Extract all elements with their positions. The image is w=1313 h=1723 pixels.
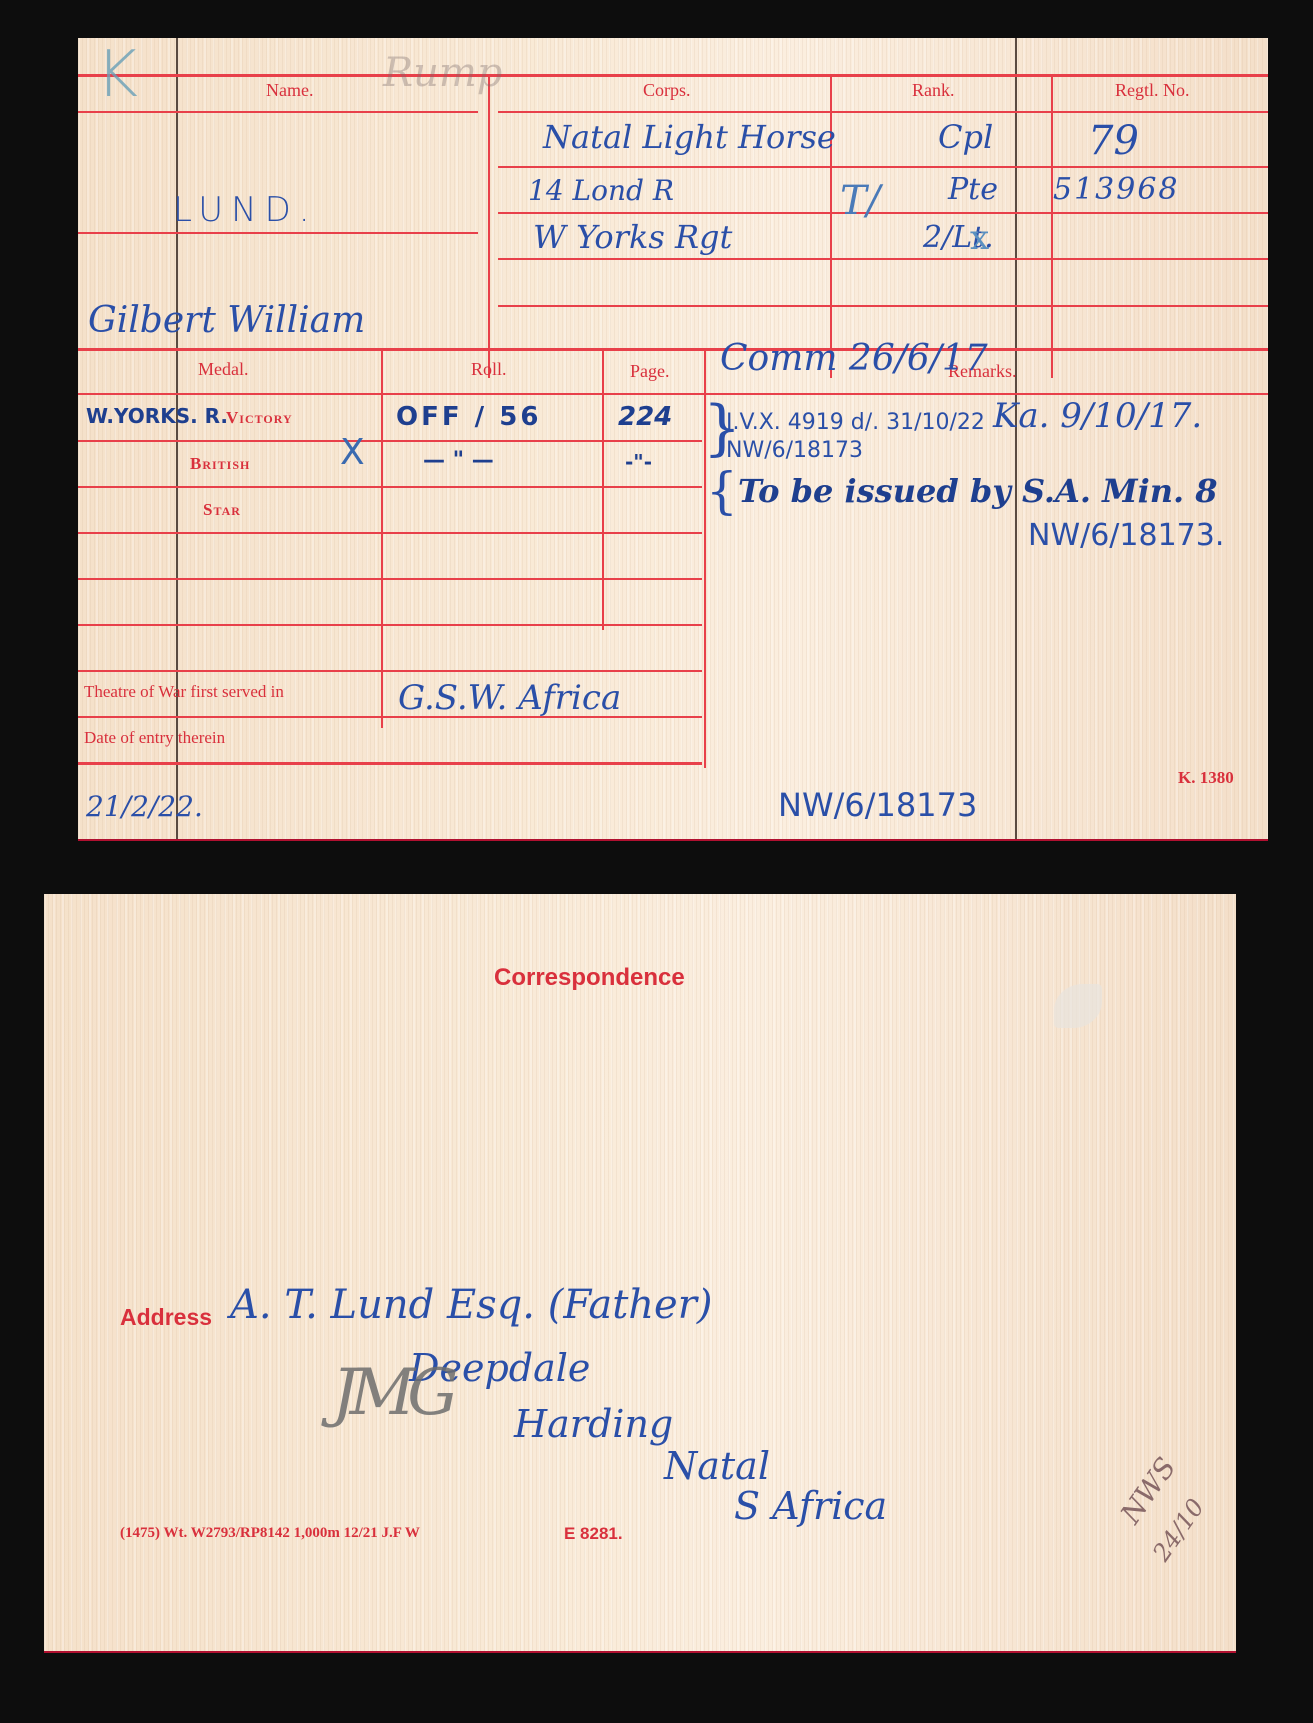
- page-victory: 224: [618, 402, 672, 432]
- medal-victory: Victory: [226, 408, 293, 428]
- footer-date: 21/2/22.: [86, 790, 203, 823]
- rule: [498, 111, 1268, 113]
- rule: [78, 578, 702, 580]
- address-label: Address: [120, 1304, 212, 1331]
- rule: [78, 111, 478, 113]
- rank-row-1: Cpl: [938, 118, 993, 156]
- rank-row-2: Pte: [948, 172, 998, 207]
- header-corps: Corps.: [643, 80, 691, 101]
- pencil-initials: JMG: [332, 1356, 450, 1430]
- vrule-rank-regtl: [1051, 76, 1053, 378]
- rule: [78, 440, 702, 442]
- medal-star: Star: [203, 500, 241, 520]
- rank-slash-mark: T/: [840, 178, 880, 224]
- roll-victory: OFF / 56: [396, 402, 541, 432]
- header-name: Name.: [266, 80, 313, 101]
- rule: [78, 670, 702, 672]
- address-line-4: Natal: [664, 1444, 770, 1488]
- vrule-roll-page: [602, 350, 604, 630]
- top-rule: [78, 74, 1268, 77]
- rule: [78, 532, 702, 534]
- corner-mark: K: [96, 38, 138, 112]
- medal-cross-mark: X: [340, 432, 365, 473]
- entry-date-label: Date of entry therein: [84, 728, 225, 748]
- print-code: (1475) Wt. W2793/RP8142 1,000m 12/21 J.F…: [120, 1525, 420, 1542]
- print-code-number: E 8281.: [564, 1524, 623, 1544]
- form-number: K. 1380: [1178, 768, 1234, 788]
- theatre-label: Theatre of War first served in: [84, 682, 284, 702]
- remarks-line-1: I.V.X. 4919 d/. 31/10/22: [726, 410, 985, 435]
- rule: [498, 305, 1268, 307]
- remarks-killed: Ka. 9/10/17.: [993, 396, 1202, 436]
- medal-index-card-front: Name. Corps. Rank. Regtl. No. K Rump LUN…: [78, 38, 1268, 841]
- rule: [78, 393, 1268, 395]
- corps-row-1: Natal Light Horse: [543, 118, 836, 156]
- corps-row-2: 14 Lond R: [528, 174, 674, 207]
- header-page: Page.: [630, 361, 670, 382]
- forenames: Gilbert William: [88, 300, 365, 341]
- vrule-name-corps: [488, 76, 490, 378]
- regtl-no-row-1: 79: [1088, 118, 1139, 164]
- regtl-no-row-2: 513968: [1053, 172, 1180, 207]
- surname: LUND.: [173, 190, 318, 230]
- margin-rule-right: [1015, 38, 1017, 839]
- address-line-5: S Africa: [734, 1484, 887, 1528]
- page-british: -"-: [625, 450, 652, 474]
- remarks-line-3: To be issued by S.A. Min. 8: [738, 472, 1218, 510]
- header-rank: Rank.: [912, 80, 955, 101]
- corps-row-3: W Yorks Rgt: [533, 218, 732, 256]
- rule: [78, 486, 702, 488]
- remarks-commission: Comm 26/6/17: [720, 338, 988, 379]
- header-regtl-no: Regtl. No.: [1115, 80, 1190, 101]
- address-line-3: Harding: [514, 1402, 673, 1446]
- theatre-value: G.S.W. Africa: [398, 678, 621, 718]
- rule: [78, 232, 478, 234]
- medal-british: British: [190, 454, 250, 474]
- medal-index-card-back: Correspondence Address A. T. Lund Esq. (…: [44, 894, 1236, 1653]
- rule: [498, 212, 1268, 214]
- remarks-line-4: NW/6/18173.: [1028, 518, 1224, 553]
- footer-reference: NW/6/18173: [778, 786, 977, 824]
- roll-british: — " —: [423, 448, 494, 473]
- margin-rule-left: [176, 38, 178, 839]
- rank-cross-mark: x: [970, 218, 989, 258]
- remarks-line-2: NW/6/18173: [726, 438, 863, 463]
- remarks-bracket-2: {: [706, 466, 738, 516]
- section-divider: [78, 348, 1268, 351]
- correspondence-title: Correspondence: [494, 964, 685, 992]
- watermark-icon: [1054, 984, 1102, 1028]
- address-line-1: A. T. Lund Esq. (Father): [230, 1282, 712, 1328]
- header-medal: Medal.: [198, 359, 248, 380]
- medal-overwrite-regiment: W.YORKS. R.: [86, 404, 228, 428]
- rule: [498, 166, 1268, 168]
- rule: [78, 762, 702, 765]
- header-roll: Roll.: [471, 359, 507, 380]
- faint-pencil-note: Rump: [383, 50, 502, 96]
- rule: [78, 624, 702, 626]
- rule: [498, 258, 1268, 260]
